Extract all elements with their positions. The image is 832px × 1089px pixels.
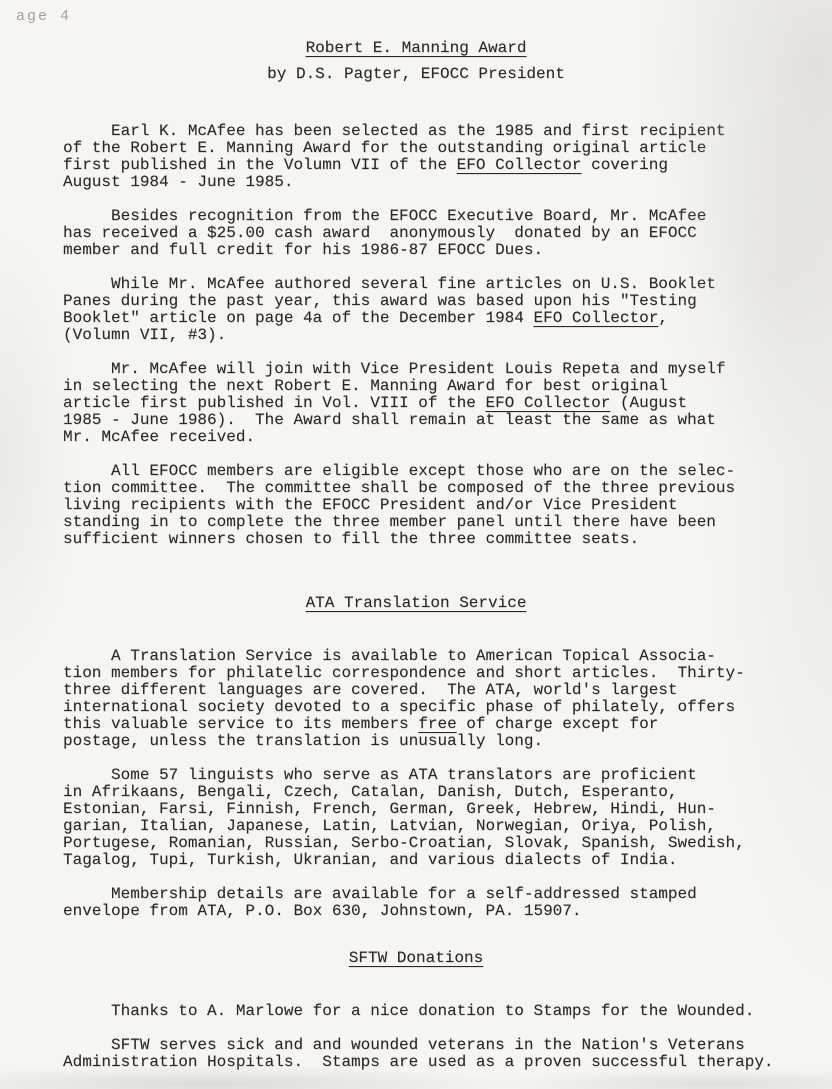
text-run: Some 57 linguists who serve as ATA trans… <box>63 766 745 869</box>
heading-text: Robert E. Manning Award <box>306 39 527 57</box>
section-sftw-donations: SFTW Donations Thanks to A. Marlowe for … <box>63 950 832 1071</box>
text-run: Besides recognition from the EFOCC Execu… <box>63 207 706 259</box>
paragraph-award-recipient: Earl K. McAfee has been selected as the … <box>63 123 832 191</box>
paragraph-donation-thanks: Thanks to A. Marlowe for a nice donation… <box>63 1003 832 1020</box>
underlined-text: EFO Collector <box>533 309 658 327</box>
paragraph-sftw-mission: SFTW serves sick and and wounded veteran… <box>63 1037 832 1071</box>
paragraph-translation-service: A Translation Service is available to Am… <box>63 648 832 750</box>
heading-text: ATA Translation Service <box>306 594 527 612</box>
heading-text: SFTW Donations <box>349 949 483 967</box>
section-heading-ata-translation: ATA Translation Service <box>0 595 832 612</box>
section-ata-translation-service: ATA Translation Service A Translation Se… <box>63 595 832 920</box>
text-run: Membership details are available for a s… <box>63 885 697 920</box>
underlined-text: EFO Collector <box>457 156 582 174</box>
paragraph-award-article: While Mr. McAfee authored several fine a… <box>63 276 832 344</box>
byline: by D.S. Pagter, EFOCC President <box>0 66 832 83</box>
underlined-text: free <box>418 715 456 733</box>
underlined-text: EFO Collector <box>485 394 610 412</box>
text-run: SFTW serves sick and and wounded veteran… <box>63 1036 774 1071</box>
paragraph-membership-details: Membership details are available for a s… <box>63 886 832 920</box>
paragraph-linguists-languages: Some 57 linguists who serve as ATA trans… <box>63 767 832 869</box>
paragraph-next-award: Mr. McAfee will join with Vice President… <box>63 361 832 446</box>
text-run: Thanks to A. Marlowe for a nice donation… <box>63 1002 754 1020</box>
paragraph-eligibility: All EFOCC members are eligible except th… <box>63 463 832 548</box>
scanned-newsletter-page: { "page": { "page_number": "age 4", "pap… <box>0 0 832 1089</box>
section-heading-manning-award: Robert E. Manning Award <box>0 40 832 57</box>
section-heading-sftw-donations: SFTW Donations <box>0 950 832 967</box>
section-manning-award: Robert E. Manning Award by D.S. Pagter, … <box>63 40 832 548</box>
text-run: All EFOCC members are eligible except th… <box>63 462 735 548</box>
document-body: Robert E. Manning Award by D.S. Pagter, … <box>0 0 832 1071</box>
paragraph-award-prize: Besides recognition from the EFOCC Execu… <box>63 208 832 259</box>
